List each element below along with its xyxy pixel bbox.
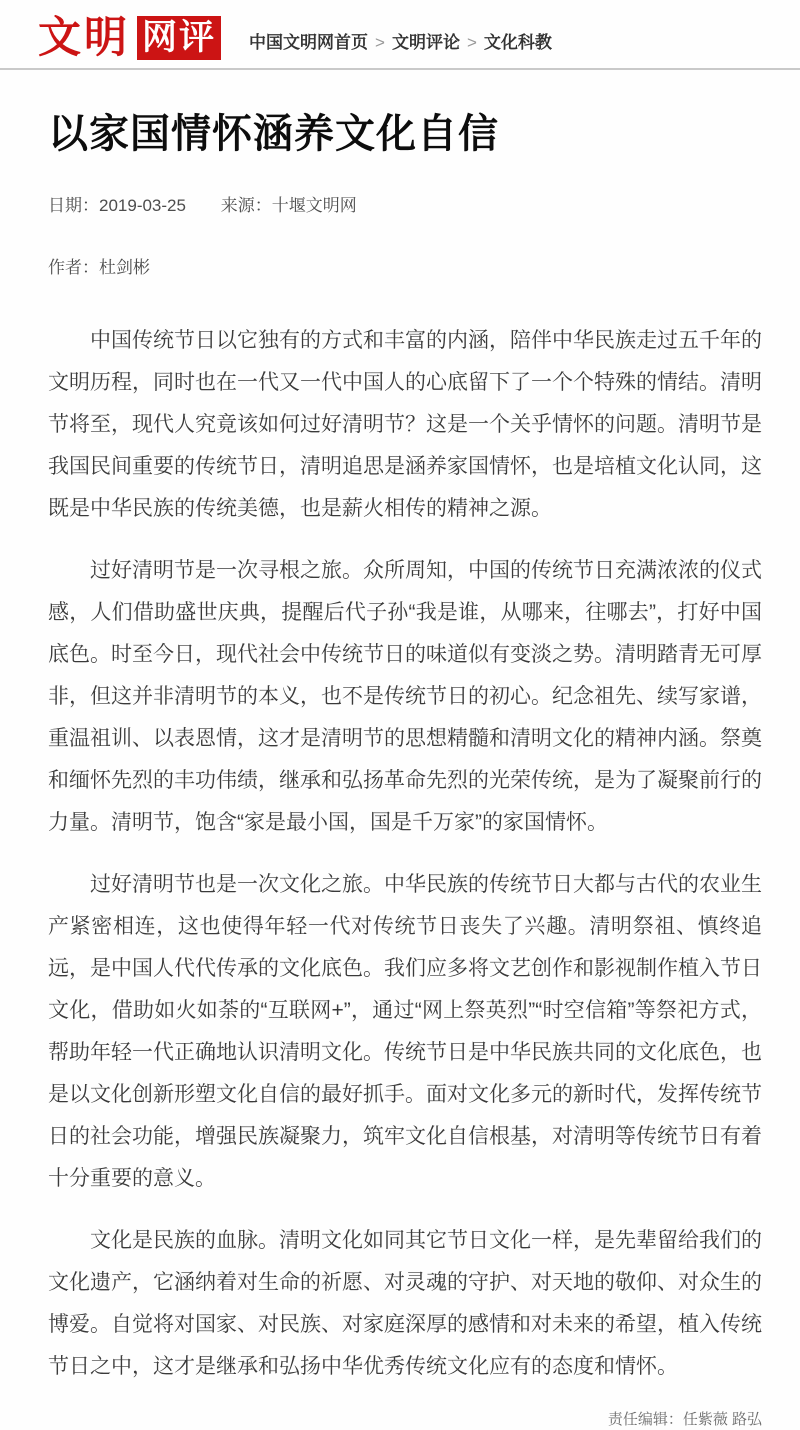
paragraph-1: 中国传统节日以它独有的方式和丰富的内涵，陪伴中华民族走过五千年的文明历程，同时也… bbox=[48, 320, 762, 530]
breadcrumb: 中国文明网首页>文明评论>文化科教 bbox=[249, 24, 552, 53]
article-title: 以家国情怀涵养文化自信 bbox=[48, 110, 762, 158]
breadcrumb-section-link[interactable]: 文明评论 bbox=[392, 33, 460, 52]
site-header: 文明 网评 中国文明网首页>文明评论>文化科教 bbox=[0, 0, 800, 70]
paragraph-2: 过好清明节是一次寻根之旅。众所周知，中国的传统节日充满浓浓的仪式感，人们借助盛世… bbox=[48, 550, 762, 844]
breadcrumb-separator: > bbox=[375, 33, 385, 52]
paragraph-4: 文化是民族的血脉。清明文化如同其它节日文化一样，是先辈留给我们的文化遗产，它涵纳… bbox=[48, 1220, 762, 1388]
breadcrumb-home-link[interactable]: 中国文明网首页 bbox=[249, 33, 368, 52]
article-author-row: 作者：杜剑彬 bbox=[48, 253, 762, 278]
article: 以家国情怀涵养文化自信 日期：2019-03-25 来源：十堰文明网 作者：杜剑… bbox=[0, 110, 800, 1429]
site-logo[interactable]: 文明 网评 bbox=[38, 16, 221, 60]
breadcrumb-current-link[interactable]: 文化科教 bbox=[484, 33, 552, 52]
article-source: 来源：十堰文明网 bbox=[221, 196, 357, 215]
editor-credit: 责任编辑：任紫薇 路弘 bbox=[608, 1411, 762, 1428]
article-body: 中国传统节日以它独有的方式和丰富的内涵，陪伴中华民族走过五千年的文明历程，同时也… bbox=[48, 320, 762, 1388]
article-meta-row: 日期：2019-03-25 来源：十堰文明网 bbox=[48, 191, 762, 216]
article-author: 作者：杜剑彬 bbox=[48, 258, 150, 277]
breadcrumb-separator: > bbox=[467, 33, 477, 52]
page: 文明 网评 中国文明网首页>文明评论>文化科教 以家国情怀涵养文化自信 日期：2… bbox=[0, 0, 800, 1430]
paragraph-3: 过好清明节也是一次文化之旅。中华民族的传统节日大都与古代的农业生产紧密相连，这也… bbox=[48, 864, 762, 1200]
article-date: 日期：2019-03-25 bbox=[48, 196, 186, 215]
editor-row: 责任编辑：任紫薇 路弘 bbox=[48, 1408, 762, 1429]
logo-wangping-badge: 网评 bbox=[137, 16, 221, 60]
logo-wenming-text: 文明 bbox=[38, 17, 130, 60]
